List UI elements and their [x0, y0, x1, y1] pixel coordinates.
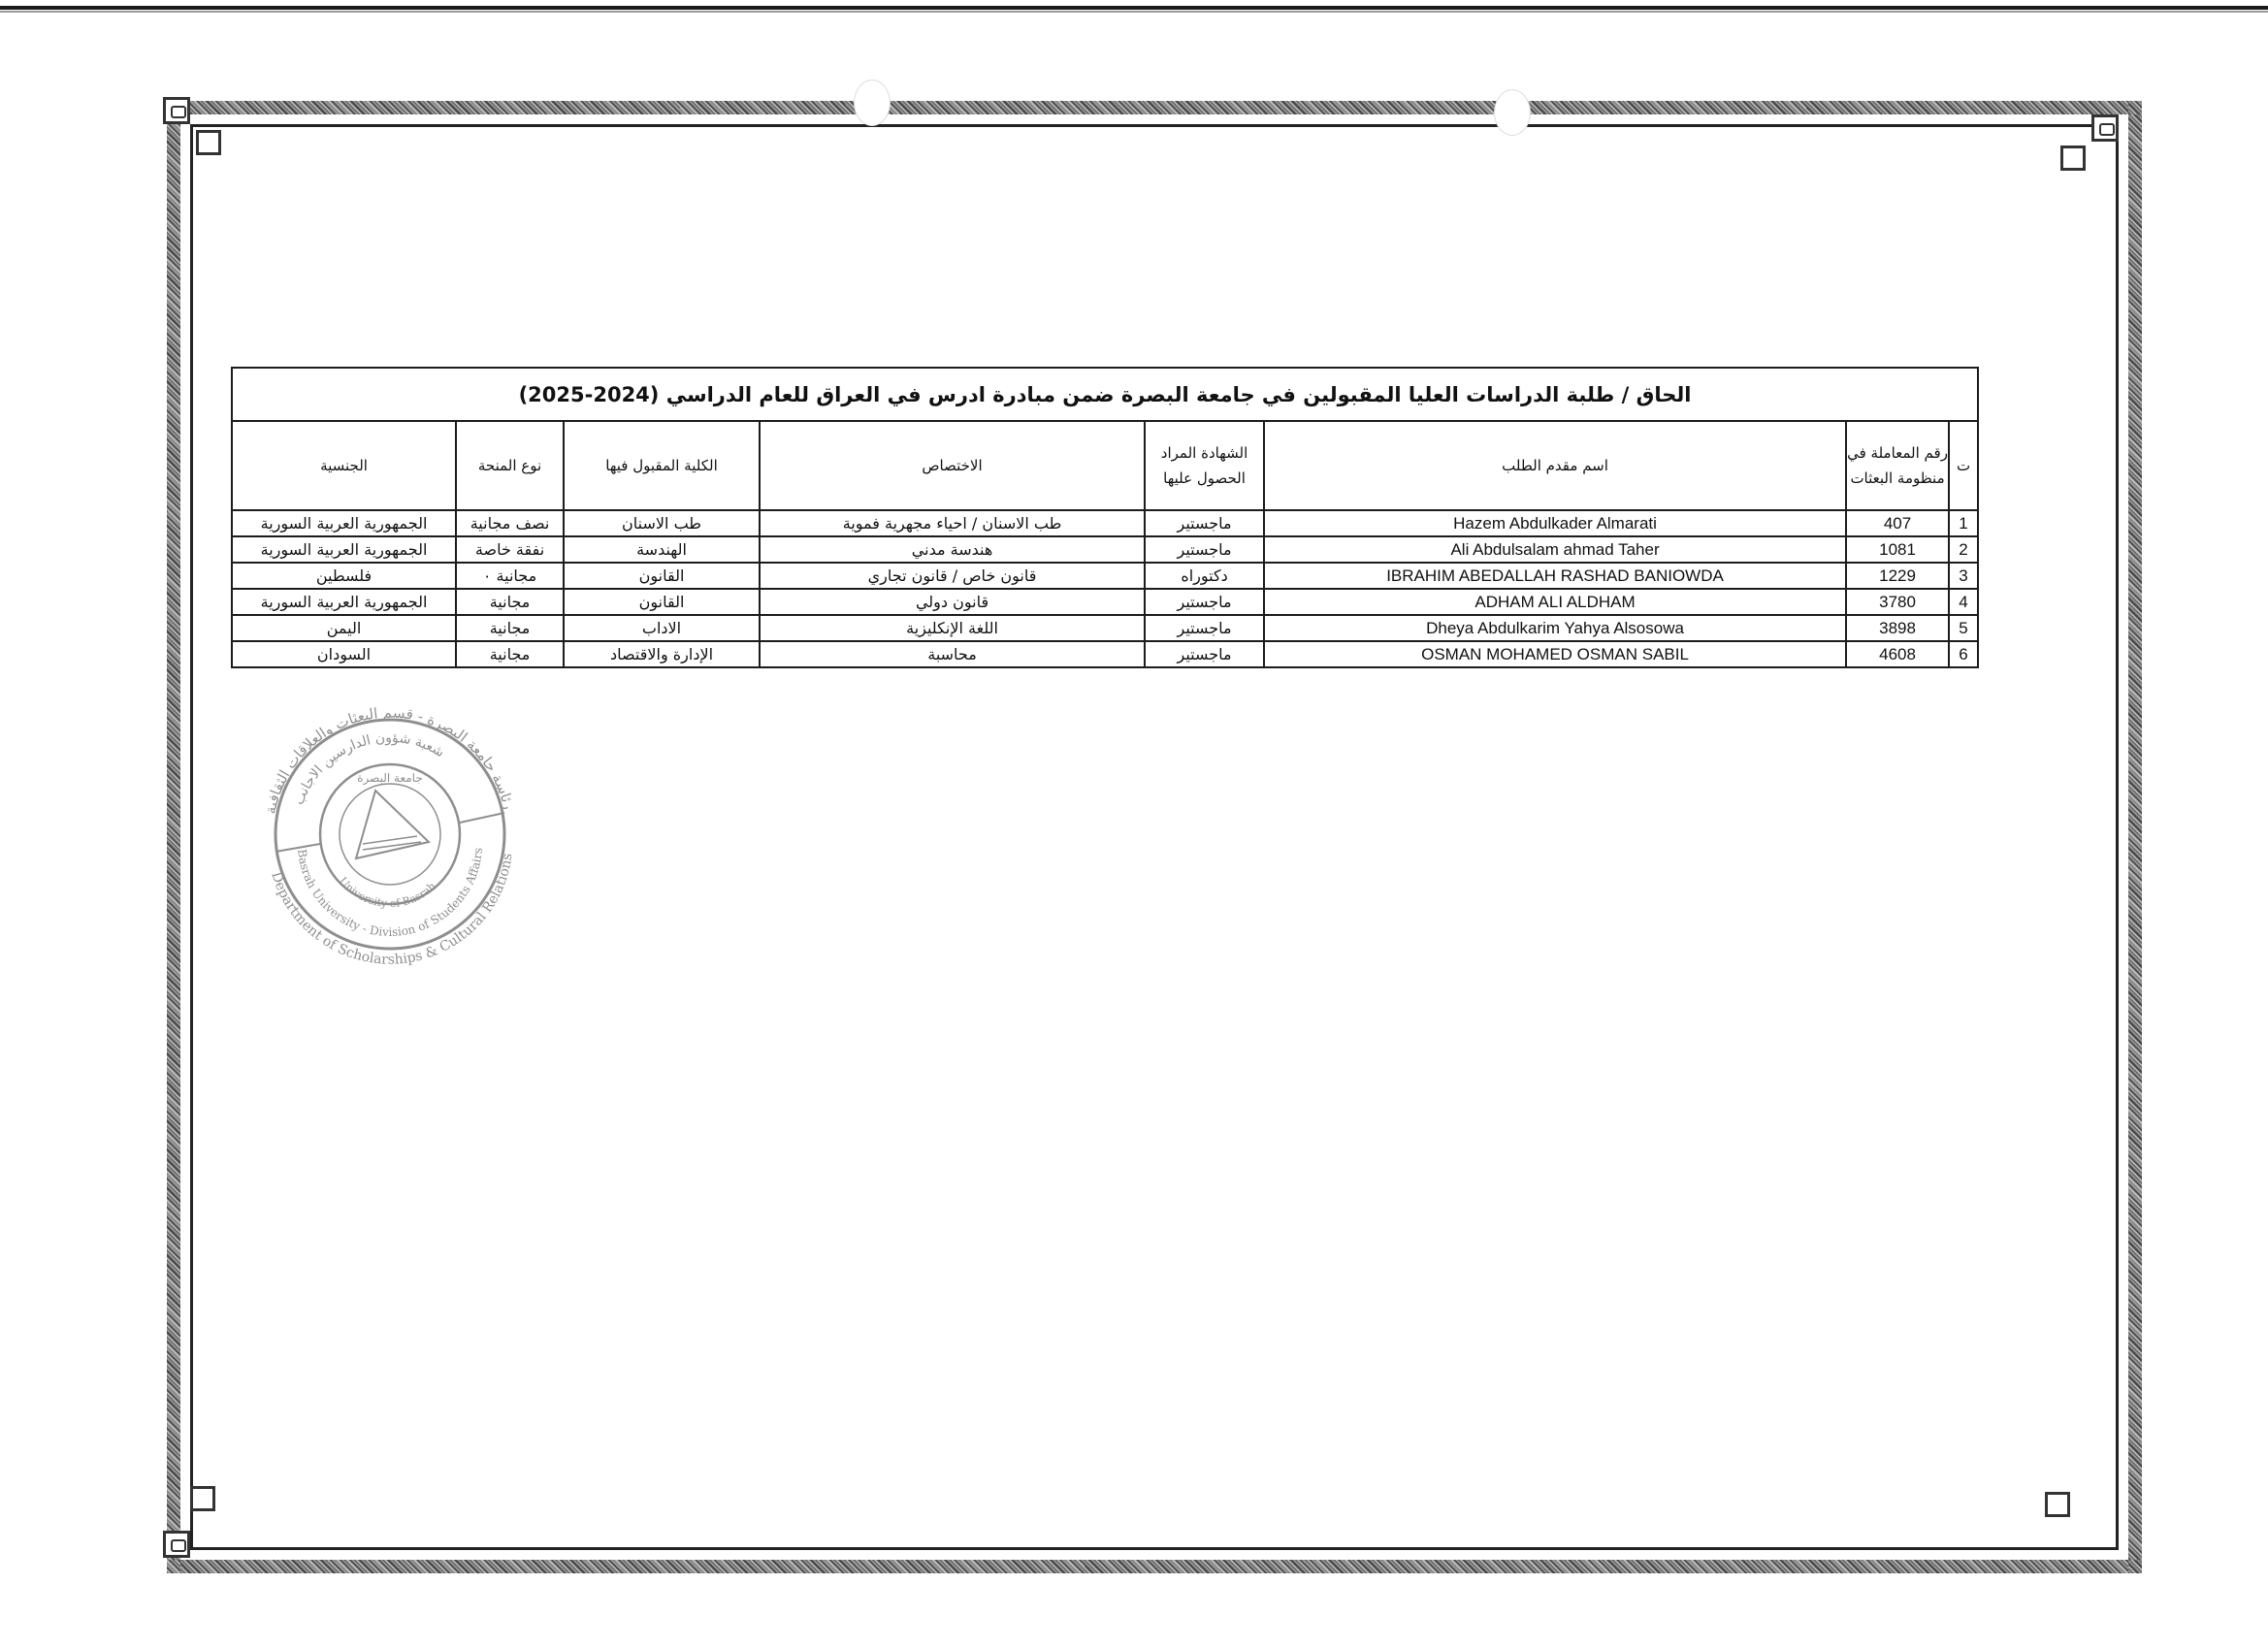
cell-grant-type: نفقة خاصة [456, 536, 564, 563]
cell-index: 5 [1949, 615, 1978, 641]
scan-edge-line [0, 6, 2268, 10]
cell-nationality: السودان [232, 641, 456, 667]
frame-corner-top-left [163, 97, 190, 124]
title-row: الحاق / طلبة الدراسات العليا المقبولين ف… [232, 368, 1978, 421]
table-row: 1407Hazem Abdulkader Almaratiماجستيرطب ا… [232, 510, 1978, 536]
svg-text:University of Basrah: University of Basrah [337, 875, 438, 910]
cell-transaction-no: 1081 [1846, 536, 1949, 563]
cell-transaction-no: 4608 [1846, 641, 1949, 667]
document-title: الحاق / طلبة الدراسات العليا المقبولين ف… [232, 368, 1978, 421]
cell-transaction-no: 3898 [1846, 615, 1949, 641]
cell-college: الهندسة [564, 536, 760, 563]
cell-college: الإدارة والاقتصاد [564, 641, 760, 667]
cell-nationality: اليمن [232, 615, 456, 641]
cell-index: 1 [1949, 510, 1978, 536]
punch-hole-left [854, 80, 891, 126]
cell-nationality: فلسطين [232, 563, 456, 589]
cell-degree: دكتوراه [1145, 563, 1264, 589]
table-row: 53898Dheya Abdulkarim Yahya Alsosowaماجس… [232, 615, 1978, 641]
cell-degree: ماجستير [1145, 589, 1264, 615]
frame-step-top-right [2060, 145, 2086, 171]
cell-degree: ماجستير [1145, 615, 1264, 641]
table-row: 43780ADHAM ALI ALDHAMماجستيرقانون دوليال… [232, 589, 1978, 615]
column-header-specialization: الاختصاص [760, 421, 1145, 510]
table-body: 1407Hazem Abdulkader Almaratiماجستيرطب ا… [232, 510, 1978, 667]
cell-specialization: طب الاسنان / احياء مجهرية فموية [760, 510, 1145, 536]
cell-specialization: هندسة مدني [760, 536, 1145, 563]
cell-nationality: الجمهورية العربية السورية [232, 589, 456, 615]
cell-college: الاداب [564, 615, 760, 641]
frame-step-top-left [196, 130, 221, 155]
cell-transaction-no: 3780 [1846, 589, 1949, 615]
column-header-index: ت [1949, 421, 1978, 510]
cell-transaction-no: 407 [1846, 510, 1949, 536]
cell-index: 2 [1949, 536, 1978, 563]
cell-college: طب الاسنان [564, 510, 760, 536]
frame-corner-top-right [2091, 114, 2119, 142]
cell-index: 4 [1949, 589, 1978, 615]
table-row: 21081Ali Abdulsalam ahmad Taherماجستيرهن… [232, 536, 1978, 563]
table-row: 64608OSMAN MOHAMED OSMAN SABILماجستيرمحا… [232, 641, 1978, 667]
column-header-transaction-no: رقم المعاملة في منظومة البعثات [1846, 421, 1949, 510]
cell-college: القانون [564, 563, 760, 589]
column-header-nationality: الجنسية [232, 421, 456, 510]
cell-applicant-name: OSMAN MOHAMED OSMAN SABIL [1264, 641, 1846, 667]
cell-grant-type: مجانية [456, 589, 564, 615]
stamp-seal-icon: رئاسة جامعة البصرة - قسم البعثات والعلاق… [244, 689, 535, 980]
column-header-college: الكلية المقبول فيها [564, 421, 760, 510]
cell-specialization: قانون دولي [760, 589, 1145, 615]
cell-nationality: الجمهورية العربية السورية [232, 510, 456, 536]
cell-index: 3 [1949, 563, 1978, 589]
svg-text:جامعة البصرة: جامعة البصرة [357, 771, 422, 786]
header-row: ت رقم المعاملة في منظومة البعثات اسم مقد… [232, 421, 1978, 510]
cell-grant-type: مجانية [456, 615, 564, 641]
cell-grant-type: مجانية [456, 641, 564, 667]
cell-applicant-name: ADHAM ALI ALDHAM [1264, 589, 1846, 615]
frame-step-bottom-left [190, 1486, 215, 1511]
cell-degree: ماجستير [1145, 510, 1264, 536]
cell-college: القانون [564, 589, 760, 615]
cell-specialization: محاسبة [760, 641, 1145, 667]
scan-edge-shadow [0, 11, 2268, 13]
cell-applicant-name: Dheya Abdulkarim Yahya Alsosowa [1264, 615, 1846, 641]
frame-step-bottom-right [2045, 1492, 2070, 1517]
cell-grant-type: مجانية ٠ [456, 563, 564, 589]
official-stamp: رئاسة جامعة البصرة - قسم البعثات والعلاق… [244, 689, 535, 980]
cell-specialization: اللغة الإنكليزية [760, 615, 1145, 641]
cell-applicant-name: Hazem Abdulkader Almarati [1264, 510, 1846, 536]
cell-nationality: الجمهورية العربية السورية [232, 536, 456, 563]
column-header-applicant-name: اسم مقدم الطلب [1264, 421, 1846, 510]
cell-index: 6 [1949, 641, 1978, 667]
table-row: 31229IBRAHIM ABEDALLAH RASHAD BANIOWDAدك… [232, 563, 1978, 589]
cell-degree: ماجستير [1145, 536, 1264, 563]
cell-grant-type: نصف مجانية [456, 510, 564, 536]
punch-hole-right [1494, 89, 1531, 136]
cell-transaction-no: 1229 [1846, 563, 1949, 589]
column-header-grant-type: نوع المنحة [456, 421, 564, 510]
column-header-degree: الشهادة المراد الحصول عليها [1145, 421, 1264, 510]
cell-specialization: قانون خاص / قانون تجاري [760, 563, 1145, 589]
frame-corner-bottom-left [163, 1531, 190, 1558]
cell-degree: ماجستير [1145, 641, 1264, 667]
cell-applicant-name: Ali Abdulsalam ahmad Taher [1264, 536, 1846, 563]
students-table: الحاق / طلبة الدراسات العليا المقبولين ف… [231, 367, 1979, 668]
cell-applicant-name: IBRAHIM ABEDALLAH RASHAD BANIOWDA [1264, 563, 1846, 589]
